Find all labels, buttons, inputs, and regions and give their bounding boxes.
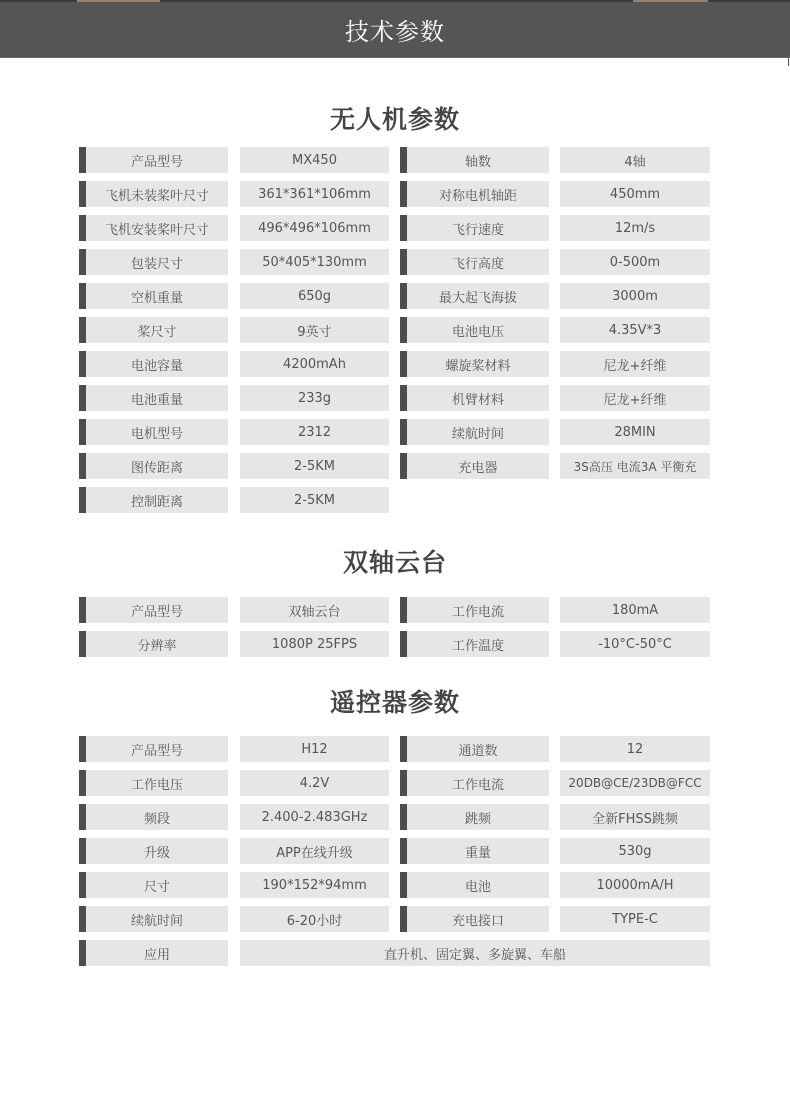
spec-label: 电池容量	[79, 351, 228, 377]
spec-value: 4200mAh	[240, 351, 389, 377]
spec-label: 图传距离	[79, 453, 228, 479]
spec-value: 1080P 25FPS	[240, 631, 389, 657]
spec-value: -10°C-50°C	[560, 631, 710, 657]
spec-value: 2312	[240, 419, 389, 445]
spec-value: 10000mA/H	[560, 872, 710, 898]
spec-label: 产品型号	[79, 736, 228, 762]
spec-label: 轴数	[400, 147, 549, 173]
spec-label: 最大起飞海拔	[400, 283, 549, 309]
spec-label: 工作温度	[400, 631, 549, 657]
spec-label: 螺旋桨材料	[400, 351, 549, 377]
spec-value: 6-20小时	[240, 906, 389, 932]
spec-row: 飞机安装桨叶尺寸 496*496*106mm 飞行速度 12m/s	[0, 215, 790, 241]
spec-label: 工作电压	[79, 770, 228, 796]
spec-label: 尺寸	[79, 872, 228, 898]
spec-label: 电机型号	[79, 419, 228, 445]
spec-label: 桨尺寸	[79, 317, 228, 343]
spec-value: 233g	[240, 385, 389, 411]
spec-row: 空机重量 650g 最大起飞海拔 3000m	[0, 283, 790, 309]
spec-value: APP在线升级	[240, 838, 389, 864]
spec-label: 飞行速度	[400, 215, 549, 241]
spec-label: 工作电流	[400, 597, 549, 623]
spec-label: 电池	[400, 872, 549, 898]
spec-row: 图传距离 2-5KM 充电器 3S高压 电流3A 平衡充	[0, 453, 790, 479]
section-title-drone: 无人机参数	[0, 100, 790, 136]
spec-row: 频段 2.400-2.483GHz 跳频 全新FHSS跳频	[0, 804, 790, 830]
spec-value: MX450	[240, 147, 389, 173]
spec-row: 尺寸 190*152*94mm 电池 10000mA/H	[0, 872, 790, 898]
spec-label: 跳频	[400, 804, 549, 830]
spec-label: 产品型号	[79, 597, 228, 623]
spec-value: 12m/s	[560, 215, 710, 241]
spec-label: 飞机安装桨叶尺寸	[79, 215, 228, 241]
spec-row: 桨尺寸 9英寸 电池电压 4.35V*3	[0, 317, 790, 343]
spec-value: 4轴	[560, 147, 710, 173]
spec-row: 包装尺寸 50*405*130mm 飞行高度 0-500m	[0, 249, 790, 275]
spec-value: 3000m	[560, 283, 710, 309]
spec-row: 续航时间 6-20小时 充电接口 TYPE-C	[0, 906, 790, 932]
spec-value: 尼龙+纤维	[560, 351, 710, 377]
spec-value: 2-5KM	[240, 487, 389, 513]
spec-row: 产品型号 H12 通道数 12	[0, 736, 790, 762]
spec-value: 4.2V	[240, 770, 389, 796]
spec-label: 应用	[79, 940, 228, 966]
spec-value: H12	[240, 736, 389, 762]
spec-value: 50*405*130mm	[240, 249, 389, 275]
spec-row: 产品型号 MX450 轴数 4轴	[0, 147, 790, 173]
spec-value: 530g	[560, 838, 710, 864]
spec-label: 空机重量	[79, 283, 228, 309]
spec-row: 工作电压 4.2V 工作电流 20DB@CE/23DB@FCC	[0, 770, 790, 796]
page-title: 技术参数	[345, 12, 445, 47]
spec-label: 电池电压	[400, 317, 549, 343]
spec-value: TYPE-C	[560, 906, 710, 932]
spec-row: 电池重量 233g 机臂材料 尼龙+纤维	[0, 385, 790, 411]
edge-mark	[788, 58, 789, 66]
spec-value: 0-500m	[560, 249, 710, 275]
spec-label: 对称电机轴距	[400, 181, 549, 207]
spec-label: 续航时间	[79, 906, 228, 932]
spec-value: 2.400-2.483GHz	[240, 804, 389, 830]
spec-value: 3S高压 电流3A 平衡充	[560, 453, 710, 479]
spec-label: 分辨率	[79, 631, 228, 657]
spec-value: 20DB@CE/23DB@FCC	[560, 770, 710, 796]
spec-row: 分辨率 1080P 25FPS 工作温度 -10°C-50°C	[0, 631, 790, 657]
spec-value: 361*361*106mm	[240, 181, 389, 207]
spec-label: 机臂材料	[400, 385, 549, 411]
spec-value: 190*152*94mm	[240, 872, 389, 898]
spec-value: 2-5KM	[240, 453, 389, 479]
spec-row: 产品型号 双轴云台 工作电流 180mA	[0, 597, 790, 623]
spec-label: 电池重量	[79, 385, 228, 411]
spec-value: 450mm	[560, 181, 710, 207]
spec-row: 电池容量 4200mAh 螺旋桨材料 尼龙+纤维	[0, 351, 790, 377]
spec-label: 包装尺寸	[79, 249, 228, 275]
spec-label: 重量	[400, 838, 549, 864]
spec-label: 控制距离	[79, 487, 228, 513]
spec-row: 控制距离 2-5KM	[0, 487, 790, 513]
spec-value: 496*496*106mm	[240, 215, 389, 241]
spec-value: 28MIN	[560, 419, 710, 445]
spec-label: 飞行高度	[400, 249, 549, 275]
spec-label: 充电器	[400, 453, 549, 479]
spec-label: 充电接口	[400, 906, 549, 932]
spec-label: 通道数	[400, 736, 549, 762]
spec-label: 产品型号	[79, 147, 228, 173]
spec-value-wide: 直升机、固定翼、多旋翼、车船	[240, 940, 710, 966]
spec-label: 频段	[79, 804, 228, 830]
section-title-gimbal: 双轴云台	[0, 543, 790, 579]
spec-label: 工作电流	[400, 770, 549, 796]
spec-label: 飞机未装桨叶尺寸	[79, 181, 228, 207]
spec-row: 应用 直升机、固定翼、多旋翼、车船	[0, 940, 790, 966]
section-title-remote: 遥控器参数	[0, 683, 790, 719]
spec-value: 12	[560, 736, 710, 762]
spec-label: 升级	[79, 838, 228, 864]
spec-row: 升级 APP在线升级 重量 530g	[0, 838, 790, 864]
spec-value: 4.35V*3	[560, 317, 710, 343]
header-bar: 技术参数	[0, 2, 790, 58]
spec-value: 双轴云台	[240, 597, 389, 623]
spec-value: 全新FHSS跳频	[560, 804, 710, 830]
spec-value: 尼龙+纤维	[560, 385, 710, 411]
spec-value: 180mA	[560, 597, 710, 623]
spec-label: 续航时间	[400, 419, 549, 445]
spec-row: 飞机未装桨叶尺寸 361*361*106mm 对称电机轴距 450mm	[0, 181, 790, 207]
spec-value: 9英寸	[240, 317, 389, 343]
spec-row: 电机型号 2312 续航时间 28MIN	[0, 419, 790, 445]
spec-value: 650g	[240, 283, 389, 309]
